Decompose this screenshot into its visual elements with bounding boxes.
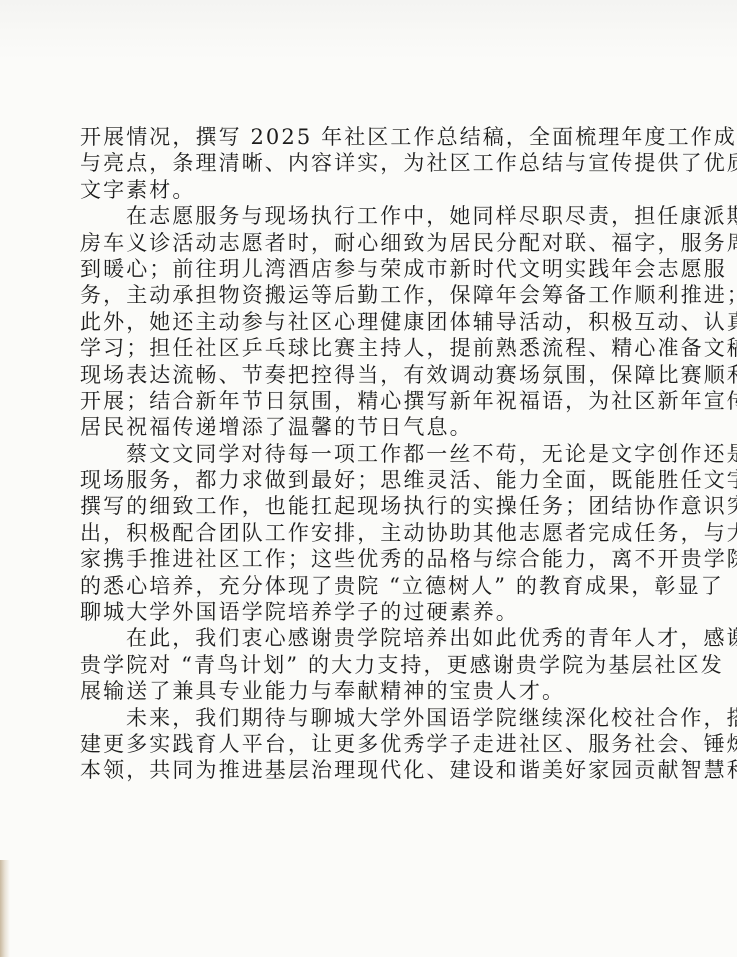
text-line: 房车义诊活动志愿者时，耐心细致为居民分配对联、福字，服务周: [80, 230, 660, 256]
text-line: 本领，共同为推进基层治理现代化、建设和谐美好家园贡献智慧和: [80, 757, 660, 783]
text-line: 出，积极配合团队工作安排，主动协助其他志愿者完成任务，与大: [80, 520, 660, 546]
text-line: 展输送了兼具专业能力与奉献精神的宝贵人才。: [80, 678, 660, 704]
text-line: 文字素材。: [80, 177, 660, 203]
text-line: 建更多实践育人平台，让更多优秀学子走进社区、服务社会、锤炼: [80, 731, 660, 757]
text-line: 到暖心；前往玥儿湾酒店参与荣成市新时代文明实践年会志愿服: [80, 256, 660, 282]
text-line: 现场服务，都力求做到最好；思维灵活、能力全面，既能胜任文字: [80, 467, 660, 493]
text-line: 聊城大学外国语学院培养学子的过硬素养。: [80, 599, 660, 625]
paragraph-future-outlook: 未来，我们期待与聊城大学外国语学院继续深化校社合作，搭 建更多实践育人平台，让更…: [80, 705, 660, 784]
text-line: 蔡文文同学对待每一项工作都一丝不苟，无论是文字创作还是: [80, 441, 660, 467]
text-line: 贵学院对 “青鸟计划” 的大力支持，更感谢贵学院为基层社区发: [80, 652, 660, 678]
paragraph-volunteer-service: 在志愿服务与现场执行工作中，她同样尽职尽责，担任康派斯 房车义诊活动志愿者时，耐…: [80, 203, 660, 441]
text-line: 家携手推进社区工作；这些优秀的品格与综合能力，离不开贵学院: [80, 546, 660, 572]
text-line: 在志愿服务与现场执行工作中，她同样尽职尽责，担任康派斯: [80, 203, 660, 229]
scan-edge-shadow: [0, 860, 10, 957]
text-line: 在此，我们衷心感谢贵学院培养出如此优秀的青年人才，感谢: [80, 625, 660, 651]
text-line: 与亮点，条理清晰、内容详实，为社区工作总结与宣传提供了优质: [80, 150, 660, 176]
paragraph-thanks: 在此，我们衷心感谢贵学院培养出如此优秀的青年人才，感谢 贵学院对 “青鸟计划” …: [80, 625, 660, 704]
scan-background-tint: [0, 0, 737, 60]
text-line: 务，主动承担物资搬运等后勤工作，保障年会筹备工作顺利推进；: [80, 282, 660, 308]
text-line: 学习；担任社区乒乓球比赛主持人，提前熟悉流程、精心准备文稿，: [80, 335, 660, 361]
text-line: 的悉心培养，充分体现了贵院 “立德树人” 的教育成果，彰显了: [80, 573, 660, 599]
text-line: 未来，我们期待与聊城大学外国语学院继续深化校社合作，搭: [80, 705, 660, 731]
text-line: 居民祝福传递增添了温馨的节日气息。: [80, 414, 660, 440]
paragraph-student-evaluation: 蔡文文同学对待每一项工作都一丝不苟，无论是文字创作还是 现场服务，都力求做到最好…: [80, 441, 660, 626]
paragraph-work-summary: 开展情况，撰写 2025 年社区工作总结稿，全面梳理年度工作成果 与亮点，条理清…: [80, 124, 660, 203]
document-body: 开展情况，撰写 2025 年社区工作总结稿，全面梳理年度工作成果 与亮点，条理清…: [80, 124, 660, 784]
text-line: 开展；结合新年节日氛围，精心撰写新年祝福语，为社区新年宣传、: [80, 388, 660, 414]
text-line: 撰写的细致工作，也能扛起现场执行的实操任务；团结协作意识突: [80, 493, 660, 519]
text-line: 开展情况，撰写 2025 年社区工作总结稿，全面梳理年度工作成果: [80, 124, 660, 150]
text-line: 此外，她还主动参与社区心理健康团体辅导活动，积极互动、认真: [80, 309, 660, 335]
text-line: 现场表达流畅、节奏把控得当，有效调动赛场氛围，保障比赛顺利: [80, 362, 660, 388]
